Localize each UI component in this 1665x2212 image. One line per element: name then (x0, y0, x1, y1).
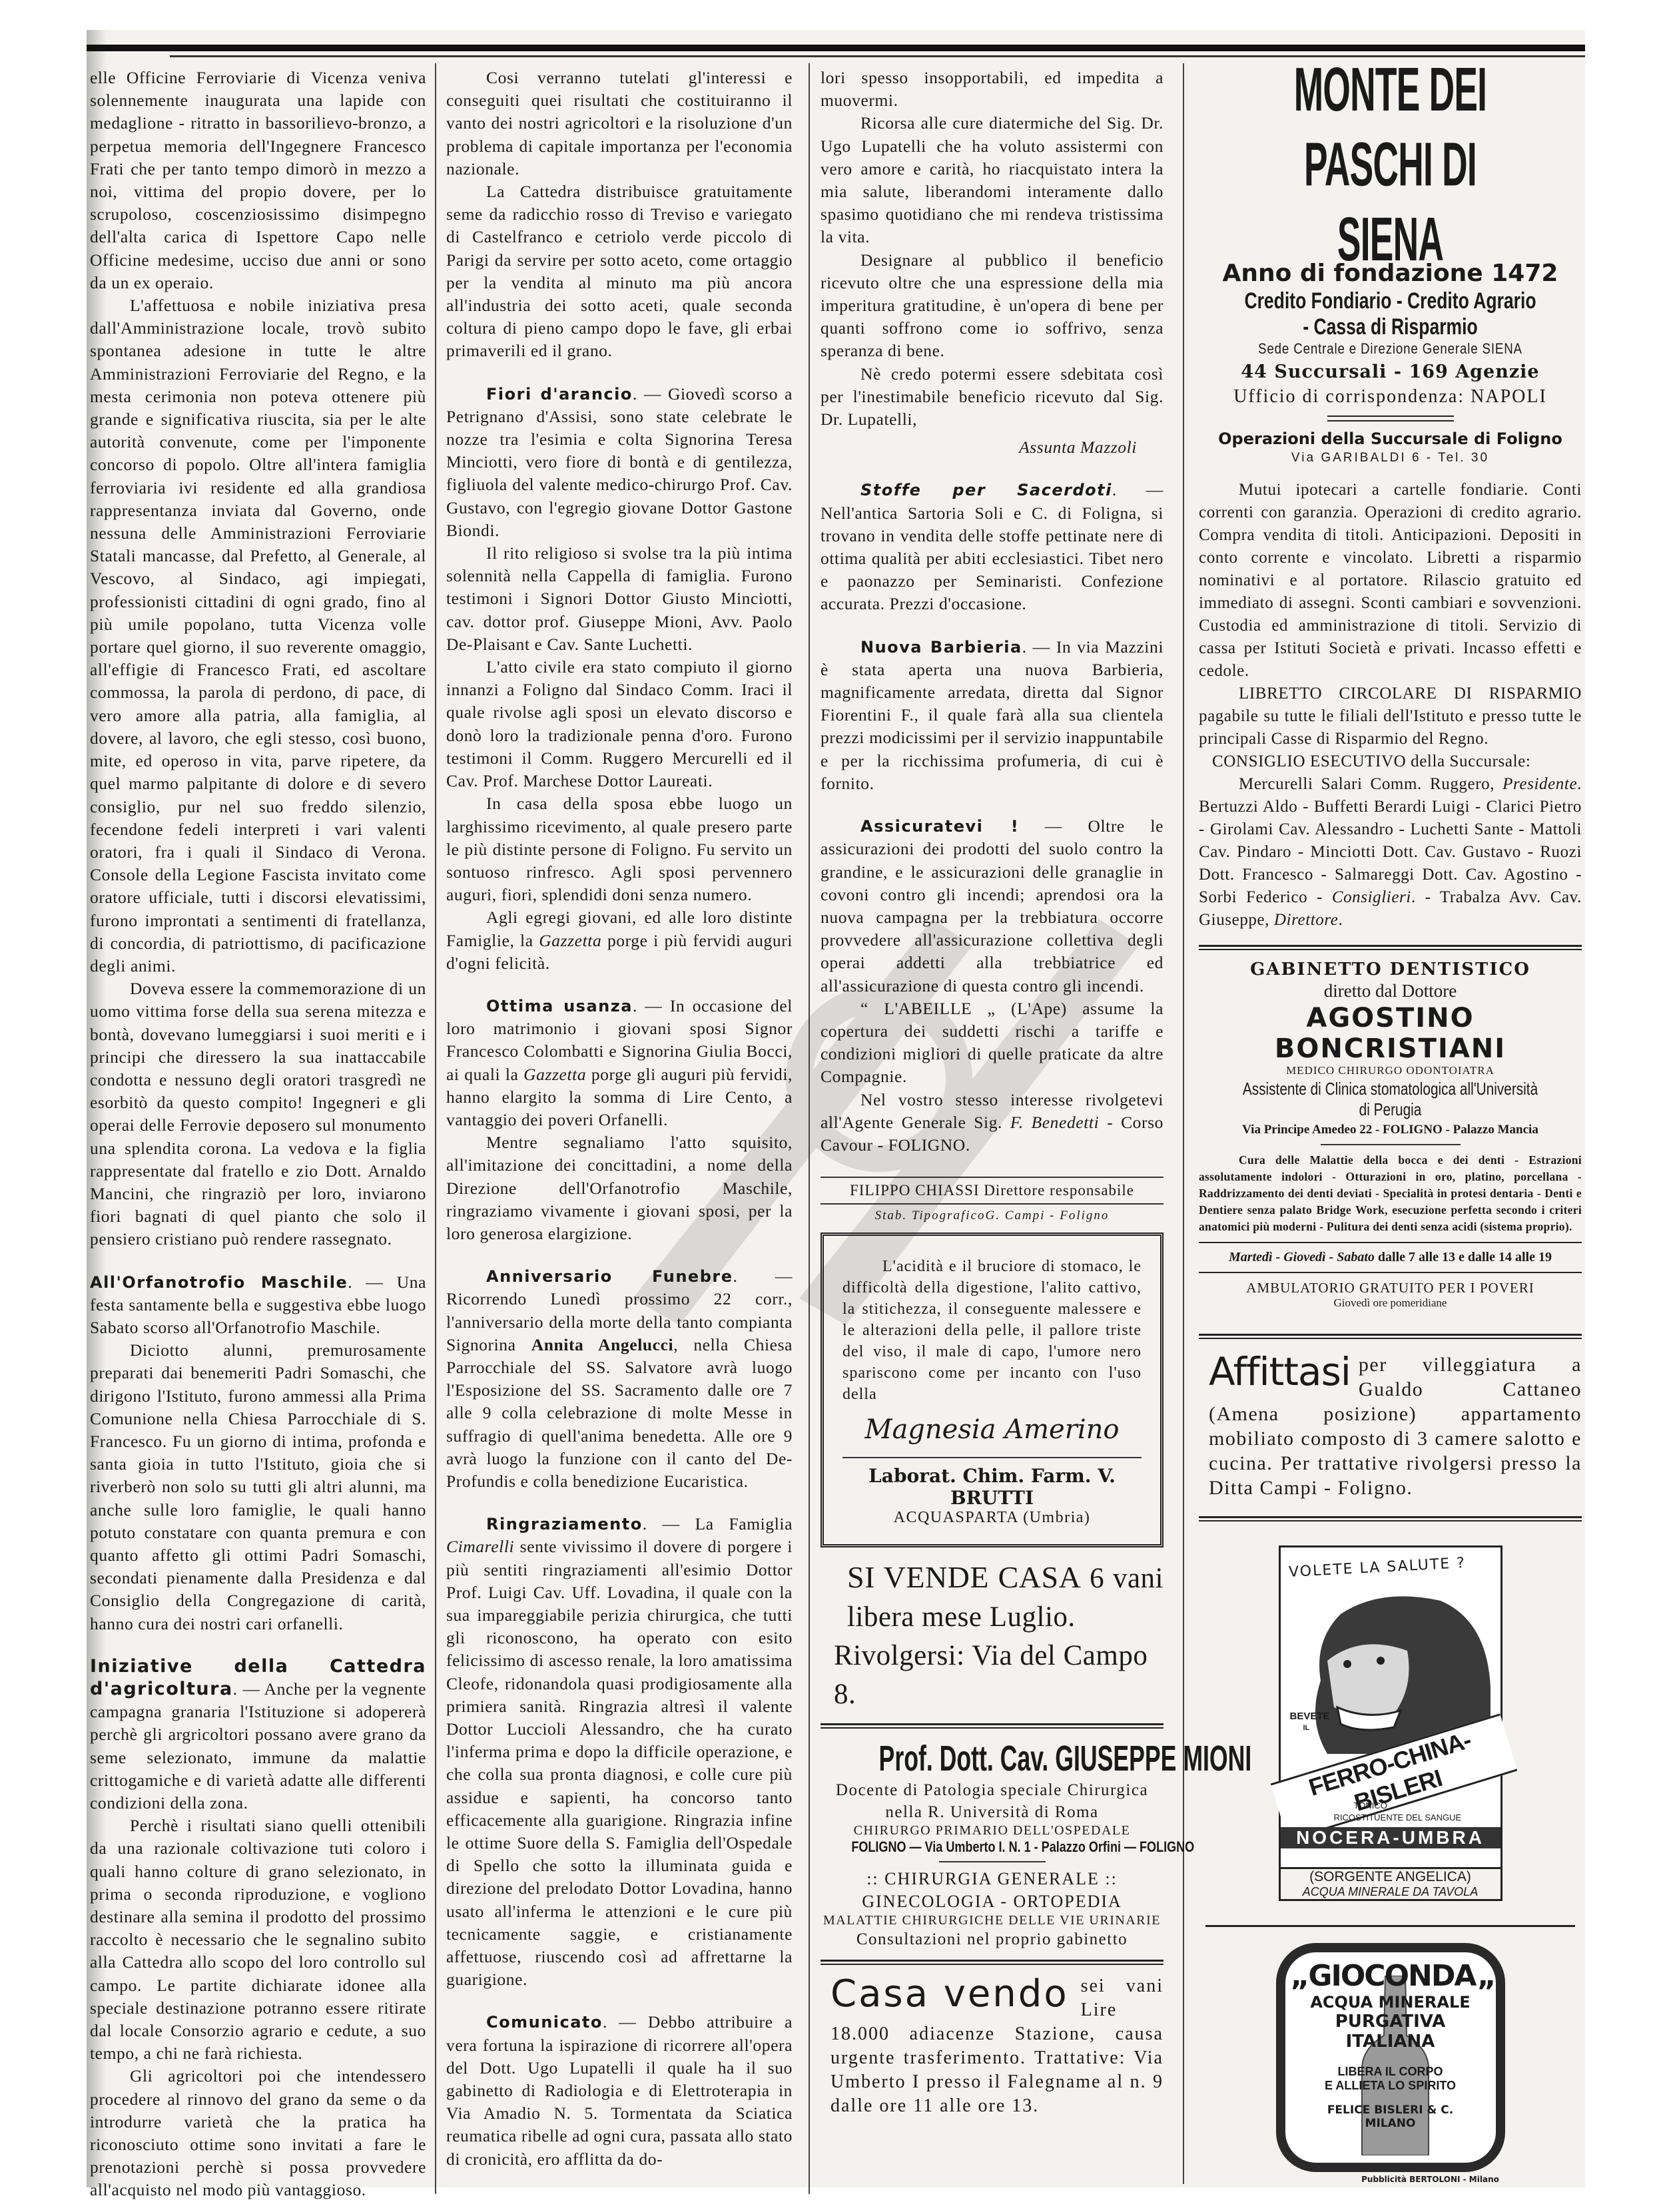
article-anniversario: Anniversario Funebre. — Ricorrendo Luned… (446, 1265, 793, 1493)
heading-dash: . — (233, 1679, 260, 1699)
ad-specialty: GINECOLOGIA - ORTOPEDIA (821, 1890, 1164, 1913)
text: sente vivissimo il dovere di porgere i p… (446, 1537, 793, 1989)
days: Martedì - Giovedì - Sabato (1229, 1250, 1375, 1264)
text: . (1339, 911, 1343, 929)
ad-text: (SORGENTE ANGELICA) (1281, 1869, 1500, 1885)
heading-dash: . — (1112, 480, 1164, 499)
ad-headline: Casa vendo (831, 1974, 1069, 2014)
article-lead: Anche per la vegnente campagna granaria … (90, 1679, 426, 1812)
ad-line: diretto dal Dottore (1199, 981, 1582, 1001)
article-paragraph: Nel vostro stesso interesse rivolgetevi … (821, 1089, 1164, 1157)
ad-title: GABINETTO DENTISTICO (1199, 960, 1582, 979)
article-lead: In via Mazzini è stata aperta una nuova … (821, 637, 1164, 793)
heading-dash: . — (633, 996, 663, 1015)
ad-brand: „GIOCONDA„ (1291, 1959, 1491, 1993)
ad-line: Giovedì ore pomeridiane (1199, 1296, 1582, 1310)
ad-address: FOLIGNO — Via Umberto I. N. 1 - Palazzo … (851, 1838, 1132, 1856)
ad-text: BEVETE (1290, 1711, 1330, 1722)
doctor-affiliation: Assistente di Clinica stomatologica all'… (1237, 1079, 1544, 1120)
article-ringraziamento: Ringraziamento. — La Famiglia Cimarelli … (446, 1513, 793, 1991)
ad-specialty: Consultazioni nel proprio gabinetto (821, 1928, 1164, 1950)
article-heading: Assicuratevi ! (860, 817, 1019, 836)
ferro-china-ad: VOLETE LA SALUTE ? BEVETE IL FERRO-CHINA… (1279, 1545, 1502, 1869)
ad-address: Via Principe Amedeo 22 - FOLIGNO - Palaz… (1199, 1123, 1582, 1137)
article-paragraph: Diciotto alunni, premurosamente preparat… (90, 1339, 426, 1635)
ad-headline: Affittasi (1209, 1352, 1351, 1391)
divider (821, 1960, 1164, 1965)
ad-line: AMBULATORIO GRATUITO PER I POVERI (1199, 1280, 1582, 1296)
article-orfanotrofio: All'Orfanotrofio Maschile. — Una festa s… (90, 1271, 426, 1340)
affittasi-ad: Affittasi per villeggiatura a Gualdo Cat… (1199, 1352, 1582, 1500)
doctor-role: MEDICO CHIRURGO ODONTOIATRA (1199, 1064, 1582, 1077)
casa-vendo-ad: Casa vendo sei vani Lire 18.000 adiacenz… (821, 1974, 1164, 2118)
divider (1199, 945, 1582, 950)
ad-text: E ALLIETA LO SPIRITO (1291, 2079, 1491, 2093)
bank-consiglio-heading: CONSIGLIO ESECUTIVO della Succursale: (1199, 750, 1582, 773)
divider (1199, 1334, 1582, 1339)
heading-dash: . — (1022, 637, 1050, 657)
article-assicuratevi: Assicuratevi ! — Oltre le assicurazioni … (821, 815, 1164, 997)
ad-specialty: :: CHIRURGIA GENERALE :: (821, 1868, 1164, 1890)
article-paragraph: Ricorsa alle cure diatermiche del Sig. D… (821, 112, 1164, 248)
ad-text: PURGATIVA (1291, 2012, 1491, 2032)
ad-maker: MILANO (1291, 2117, 1491, 2130)
article-paragraph: Cosi verranno tutelati gl'interessi e co… (446, 67, 793, 180)
article-paragraph: L'affettuosa e nobile iniziativa presa d… (90, 294, 426, 977)
ad-text: LIBERA IL CORPO (1291, 2065, 1491, 2079)
role: Direttore (1274, 911, 1339, 929)
ad-maker: FELICE BISLERI & C. (1291, 2103, 1491, 2117)
divider (821, 1723, 1164, 1729)
heading-dash: . — (603, 2012, 637, 2032)
article-lead: Oltre le assicurazioni dei prodotti del … (821, 816, 1164, 995)
ferro-china-sub: (SORGENTE ANGELICA) ACQUA MINERALE DA TA… (1279, 1869, 1502, 1901)
ad-text: ACQUA MINERALE DA TAVOLA (1281, 1885, 1500, 1899)
bank-branches: 44 Succursali - 169 Agenzie (1199, 362, 1582, 382)
dentist-ad: GABINETTO DENTISTICO diretto dal Dottore… (1199, 960, 1582, 1310)
article-heading: Nuova Barbieria (860, 638, 1022, 657)
article-barbieria: Nuova Barbieria. — In via Mazzini è stat… (821, 636, 1164, 795)
article-fiori: Fiori d'arancio. — Giovedì scorso a Petr… (446, 383, 793, 542)
newspaper-name: Gazzetta (523, 1065, 586, 1084)
bank-seat: Sede Centrale e Direzione Generale SIENA (1227, 340, 1553, 358)
divider (1205, 1925, 1575, 1927)
article-stoffe: Stoffe per Sacerdoti. — Nell'antica Sart… (821, 479, 1164, 615)
article-ottima: Ottima usanza. — In occasione del loro m… (446, 995, 793, 1131)
bank-operations-title: Operazioni della Succursale di Foligno (1199, 429, 1582, 448)
ad-text: ACQUA MINERALE (1291, 1993, 1491, 2012)
article-heading: Ottima usanza (486, 997, 633, 1015)
ad-body: L'acidità e il bruciore di stomaco, le d… (842, 1256, 1142, 1405)
ad-credit: Pubblicità BERTOLONI - Milano (1199, 2175, 1582, 2184)
role: Presidente (1502, 775, 1577, 793)
doctor-name: AGOSTINO BONCRISTIANI (1199, 1003, 1582, 1064)
ad-lab: Laborat. Chim. Farm. V. BRUTTI (842, 1457, 1142, 1509)
article-paragraph: Gli agricoltori poi che intendessero pro… (90, 2065, 426, 2201)
monte-paschi-ad: MONTE DEI PASCHI DI SIENA Anno di fondaz… (1199, 75, 1582, 465)
ad-text: RICOSTITUENTE DEL SANGUE (1334, 1812, 1462, 1822)
article-paragraph: Perchè i risultati siano quelli ottenibi… (90, 1814, 426, 2065)
masthead-director: FILIPPO CHIASSI Direttore responsabile (821, 1177, 1164, 1205)
bank-consiglio: Mercurelli Salari Comm. Ruggero, Preside… (1199, 773, 1582, 932)
ad-specialty: MALATTIE CHIRURGICHE DELLE VIE URINARIE (821, 1913, 1164, 1928)
article-heading: All'Orfanotrofio Maschile (90, 1273, 348, 1292)
text: Mercurelli Salari Comm. Ruggero, (1239, 775, 1502, 793)
column-rule-1 (435, 63, 436, 2194)
ad-line: Docente di Patologia speciale Chirurgica (821, 1779, 1164, 1801)
heading-dash: . — (733, 1266, 793, 1286)
article-lead: Debbo attribuire a vera fortuna la ispir… (446, 2012, 793, 2168)
family-name: Cimarelli (446, 1537, 514, 1556)
text: , nella Chiesa Parrocchiale del SS. Salv… (446, 1335, 793, 1491)
ad-text: TONICO (1354, 1800, 1387, 1810)
ad-headline: VOLETE LA SALUTE ? (1288, 1555, 1466, 1581)
column-rule-2 (809, 63, 810, 2194)
article-paragraph: Nè credo potermi essere sdebitata così p… (821, 363, 1164, 431)
article-heading: Fiori d'arancio (486, 385, 633, 404)
article-heading: Comunicato (486, 2013, 603, 2032)
newspaper-name: Gazzetta (539, 931, 601, 950)
role: Consiglieri (1332, 888, 1411, 906)
magnesia-ad: L'acidità e il bruciore di stomaco, le d… (821, 1233, 1164, 1547)
article-heading: Anniversario Funebre (486, 1267, 733, 1286)
text: La Famiglia (695, 1514, 793, 1533)
person-name: Annita Angelucci (531, 1335, 674, 1354)
article-paragraph: elle Officine Ferroviarie di Vicenza ven… (90, 67, 426, 294)
top-thick-rule (87, 45, 1585, 51)
article-paragraph: La Cattedra distribuisce gratuitamente s… (446, 180, 793, 363)
ad-body: Cura delle Malattie della bocca e dei de… (1199, 1152, 1582, 1235)
ad-product: Magnesia Amerino (842, 1414, 1142, 1445)
article-lead: Giovedì scorso a Petrignano d'Assisi, so… (446, 384, 793, 540)
ad-brand: NOCERA-UMBRA (1281, 1827, 1500, 1848)
article-paragraph: In casa della sposa ebbe luogo un larghi… (446, 792, 793, 906)
article-paragraph: Agli egregi giovani, ed alle loro distin… (446, 906, 793, 975)
agent-name: F. Benedetti (1010, 1113, 1099, 1132)
bank-libretto: LIBRETTO CIRCOLARE DI RISPARMIO pagabile… (1199, 683, 1582, 750)
article-heading: Ringraziamento (486, 1515, 643, 1533)
column-1: elle Officine Ferroviarie di Vicenza ven… (90, 67, 426, 2202)
article-comunicato: Comunicato. — Debbo attribuire a vera fo… (446, 2011, 793, 2170)
text: . Bertuzzi Aldo - Buffetti Berardi Luigi… (1199, 775, 1582, 906)
heading-dash: . — (633, 384, 661, 404)
column-rule-3 (1183, 63, 1184, 2184)
column-3: lori spesso insopportabili, ed impedita … (821, 67, 1164, 2118)
bank-office: Ufficio di corrispondenza: NAPOLI (1199, 386, 1582, 408)
bank-title: MONTE DEI PASCHI DI SIENA (1253, 52, 1528, 277)
vende-casa-ad: SI VENDE CASA 6 vani libera mese Luglio.… (821, 1558, 1164, 1714)
bank-body: Mutui ipotecari a cartelle fondiarie. Co… (1199, 479, 1582, 683)
divider (1199, 1516, 1582, 1521)
article-paragraph: L'atto civile era stato compiuto il gior… (446, 656, 793, 792)
signature: Assunta Mazzoli (821, 436, 1164, 459)
ad-title: Prof. Dott. Cav. GIUSEPPE MIONI (879, 1738, 1106, 1779)
hours: dalle 7 alle 13 e dalle 14 alle 19 (1375, 1250, 1552, 1264)
heading-dash: . — (643, 1514, 680, 1533)
ad-place: ACQUASPARTA (Umbria) (842, 1509, 1142, 1527)
ad-text: ITALIANA (1291, 2032, 1491, 2052)
ad-text: IL (1303, 1724, 1310, 1732)
column-2: Cosi verranno tutelati gl'interessi e co… (446, 67, 793, 2171)
heading-dash: — (1019, 816, 1062, 836)
ad-hours: Martedì - Giovedì - Sabato dalle 7 alle … (1199, 1250, 1582, 1265)
article-heading: Stoffe per Sacerdoti (860, 481, 1112, 499)
article-paragraph: Doveva essere la commemorazione di un uo… (90, 977, 426, 1250)
article-paragraph: Designare al pubblico il beneficio ricev… (821, 249, 1164, 363)
ad-line: nella R. Università di Roma (821, 1801, 1164, 1823)
ad-line: CHIRURGO PRIMARIO DELL'OSPEDALE (821, 1823, 1164, 1838)
article-paragraph: lori spesso insopportabili, ed impedita … (821, 67, 1164, 112)
column-4: MONTE DEI PASCHI DI SIENA Anno di fondaz… (1199, 67, 1582, 2184)
bank-services: Credito Fondiario - Credito Agrario - Ca… (1241, 288, 1540, 340)
mioni-ad: Prof. Dott. Cav. GIUSEPPE MIONI Docente … (821, 1738, 1164, 1950)
ad-contact: Rivolgersi: Via del Campo 8. (821, 1637, 1164, 1714)
gioconda-ad: „GIOCONDA„ ACQUA MINERALE PURGATIVA ITAL… (1276, 1943, 1505, 2172)
heading-dash: . — (348, 1272, 383, 1292)
article-cattedra: Iniziative della Cattedra d'agricoltura.… (90, 1655, 426, 1814)
ad-headline: SI VENDE CASA (847, 1560, 1081, 1594)
bank-address: Via GARIBALDI 6 - Tel. 30 (1199, 451, 1582, 465)
masthead-printer: Stab. TipograficoG. Campi - Foligno (821, 1209, 1164, 1223)
article-lead: Nell'antica Sartoria Soli e C. di Folign… (821, 503, 1164, 614)
article-paragraph: “ L'ABEILLE „ (L'Ape) assume la copertur… (821, 997, 1164, 1089)
article-paragraph: Mentre segnaliamo l'atto squisito, all'i… (446, 1131, 793, 1245)
article-paragraph: Il rito religioso si svolse tra la più i… (446, 542, 793, 656)
